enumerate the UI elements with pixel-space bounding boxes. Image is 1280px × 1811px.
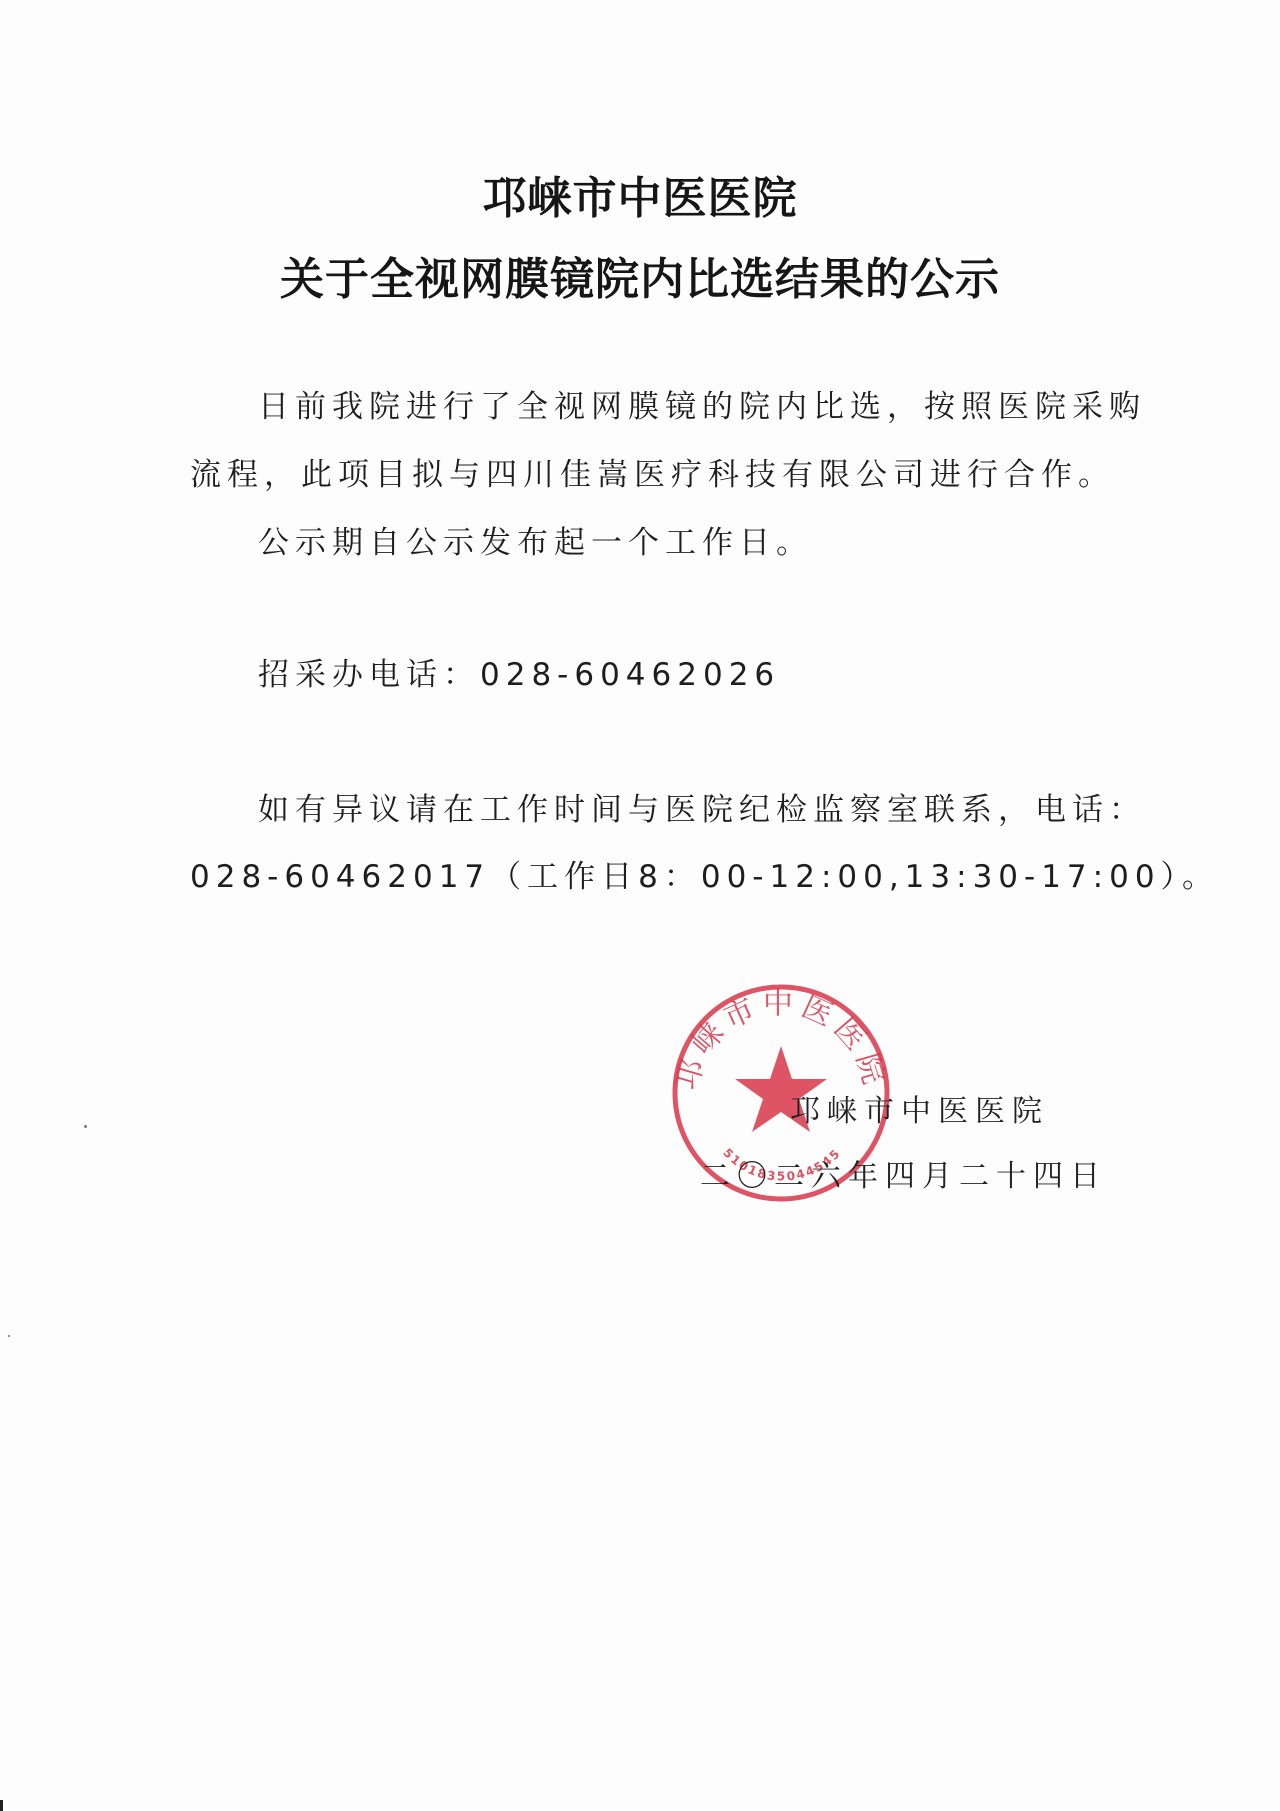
scan-edge-mark bbox=[0, 1800, 3, 1811]
document-page: 邛崃市中医医院 关于全视网膜镜院内比选结果的公示 日前我院进行了全视网膜镜的院内… bbox=[0, 0, 1280, 1811]
paragraph-objection-line2: 028-60462017（工作日8：00-12:00,13:30-17:00）。 bbox=[190, 851, 1219, 896]
document-title-subject: 关于全视网膜镜院内比选结果的公示 bbox=[0, 243, 1280, 307]
paragraph-objection-line1: 如有异议请在工作时间与医院纪检监察室联系，电话： bbox=[258, 784, 1146, 829]
paragraph-intro-line2: 流程，此项目拟与四川佳嵩医疗科技有限公司进行合作。 bbox=[190, 449, 1115, 494]
paragraph-notice-period: 公示期自公示发布起一个工作日。 bbox=[258, 517, 813, 562]
paragraph-intro-line1: 日前我院进行了全视网膜镜的院内比选，按照医院采购 bbox=[258, 381, 1146, 426]
signature-organization: 邛崃市中医医院 bbox=[790, 1086, 1049, 1130]
paragraph-procurement-phone: 招采办电话：028-60462026 bbox=[258, 649, 780, 694]
signature-date: 二〇二六年四月二十四日 bbox=[700, 1151, 1107, 1195]
scan-speck bbox=[84, 1125, 87, 1128]
scan-speck bbox=[8, 1335, 10, 1337]
document-title-organization: 邛崃市中医医院 bbox=[0, 162, 1280, 226]
